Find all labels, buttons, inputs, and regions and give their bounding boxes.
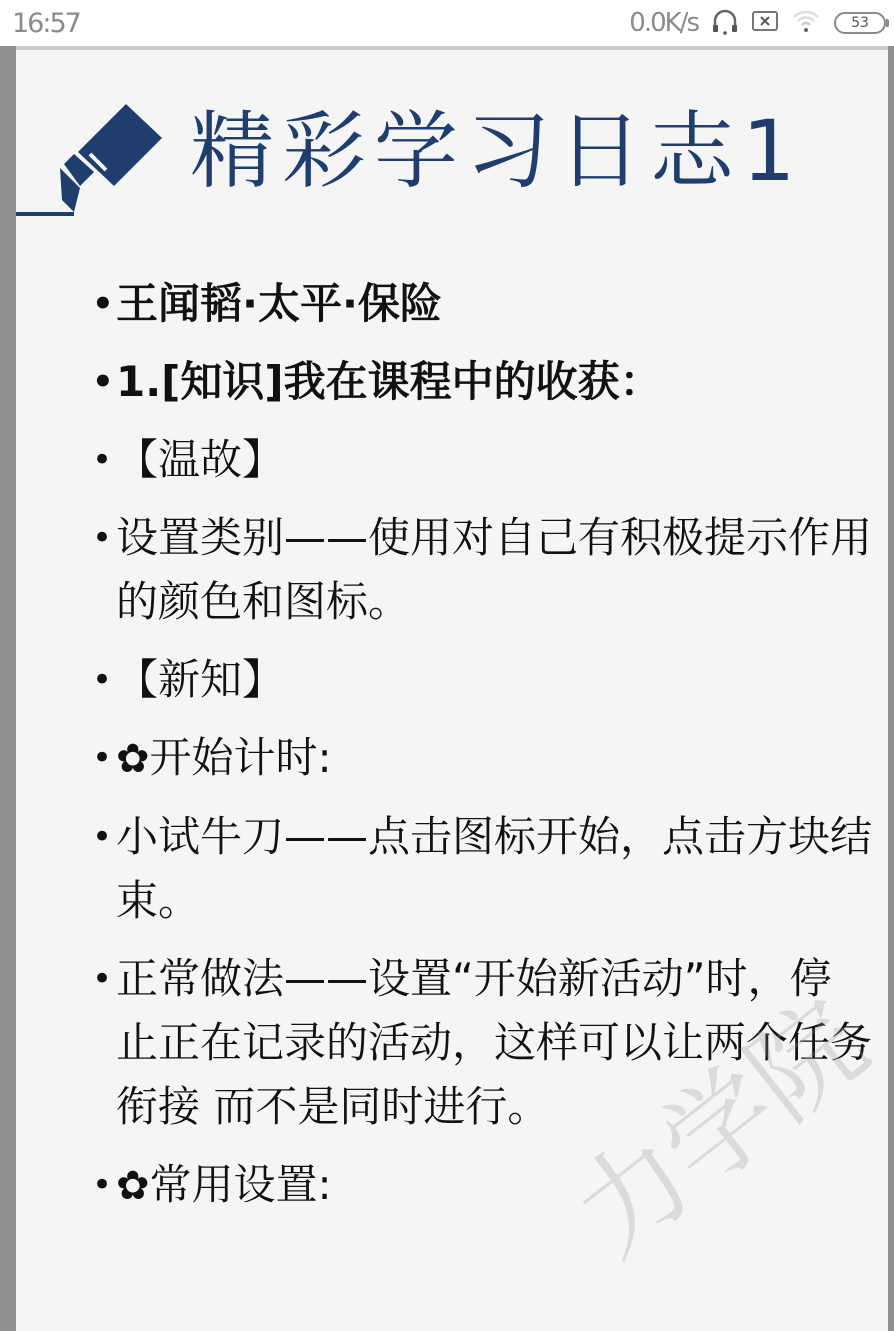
item-text: 正常做法——设置“开始新活动”时，停止正在记录的活动，这样可以让两个任务衔接 而…: [116, 954, 872, 1131]
slide-content: • 王闻韬·太平·保险 • 1.[知识]我在课程中的收获： • 【温故】 • 设…: [92, 272, 872, 1232]
battery-indicator: 53: [834, 12, 886, 34]
bullet: •: [92, 1153, 112, 1217]
headset-icon: [712, 7, 738, 39]
list-item-set-category: • 设置类别——使用对自己有积极提示作用的颜色和图标。: [92, 506, 872, 634]
bullet: •: [92, 947, 112, 1011]
list-item-author: • 王闻韬·太平·保险: [92, 272, 872, 336]
wifi-icon: [792, 9, 820, 37]
item-text: 小试牛刀——点击图标开始，点击方块结束。: [116, 812, 872, 925]
slide: 精彩学习日志1 • 王闻韬·太平·保险 • 1.[知识]我在课程中的收获： • …: [16, 50, 888, 1331]
item-text: 王闻韬·太平·保险: [116, 279, 442, 328]
flower-icon: ✿: [116, 1163, 150, 1209]
status-icons: 0.0K/s 53: [629, 7, 886, 39]
sim-disabled-icon: [752, 11, 778, 35]
slide-title: 精彩学习日志1: [190, 96, 803, 206]
list-item-try-it: • 小试牛刀——点击图标开始，点击方块结束。: [92, 805, 872, 933]
list-item-normal-practice: • 正常做法——设置“开始新活动”时，停止正在记录的活动，这样可以让两个任务衔接…: [92, 947, 872, 1139]
list-item-start-timing: • ✿开始计时:: [92, 726, 872, 791]
list-item-review-heading: • 【温故】: [92, 428, 872, 492]
list-item-knowledge-heading: • 1.[知识]我在课程中的收获：: [92, 350, 872, 414]
pencil-icon: [16, 90, 176, 220]
status-time: 16:57: [12, 8, 80, 39]
flower-icon: ✿: [116, 736, 150, 782]
bullet: •: [92, 350, 114, 414]
bullet: •: [92, 272, 114, 336]
status-bar: 16:57 0.0K/s 53: [0, 0, 894, 46]
bullet: •: [92, 506, 112, 570]
slide-header: 精彩学习日志1: [16, 90, 888, 230]
item-text: 开始计时:: [150, 733, 332, 782]
list-item-new-knowledge-heading: • 【新知】: [92, 648, 872, 712]
item-text: 【新知】: [116, 655, 284, 704]
item-text: 【温故】: [116, 435, 284, 484]
item-text: 常用设置:: [150, 1160, 332, 1209]
bullet: •: [92, 805, 112, 869]
item-text: 1.[知识]我在课程中的收获：: [116, 357, 662, 406]
viewer-frame-left: [0, 46, 16, 1331]
network-speed: 0.0K/s: [629, 8, 698, 38]
item-text: 设置类别——使用对自己有积极提示作用的颜色和图标。: [116, 513, 872, 626]
bullet: •: [92, 726, 112, 790]
bullet: •: [92, 648, 112, 712]
bullet: •: [92, 428, 112, 492]
list-item-common-settings: • ✿常用设置:: [92, 1153, 872, 1218]
viewer-frame-right: [888, 46, 894, 1331]
